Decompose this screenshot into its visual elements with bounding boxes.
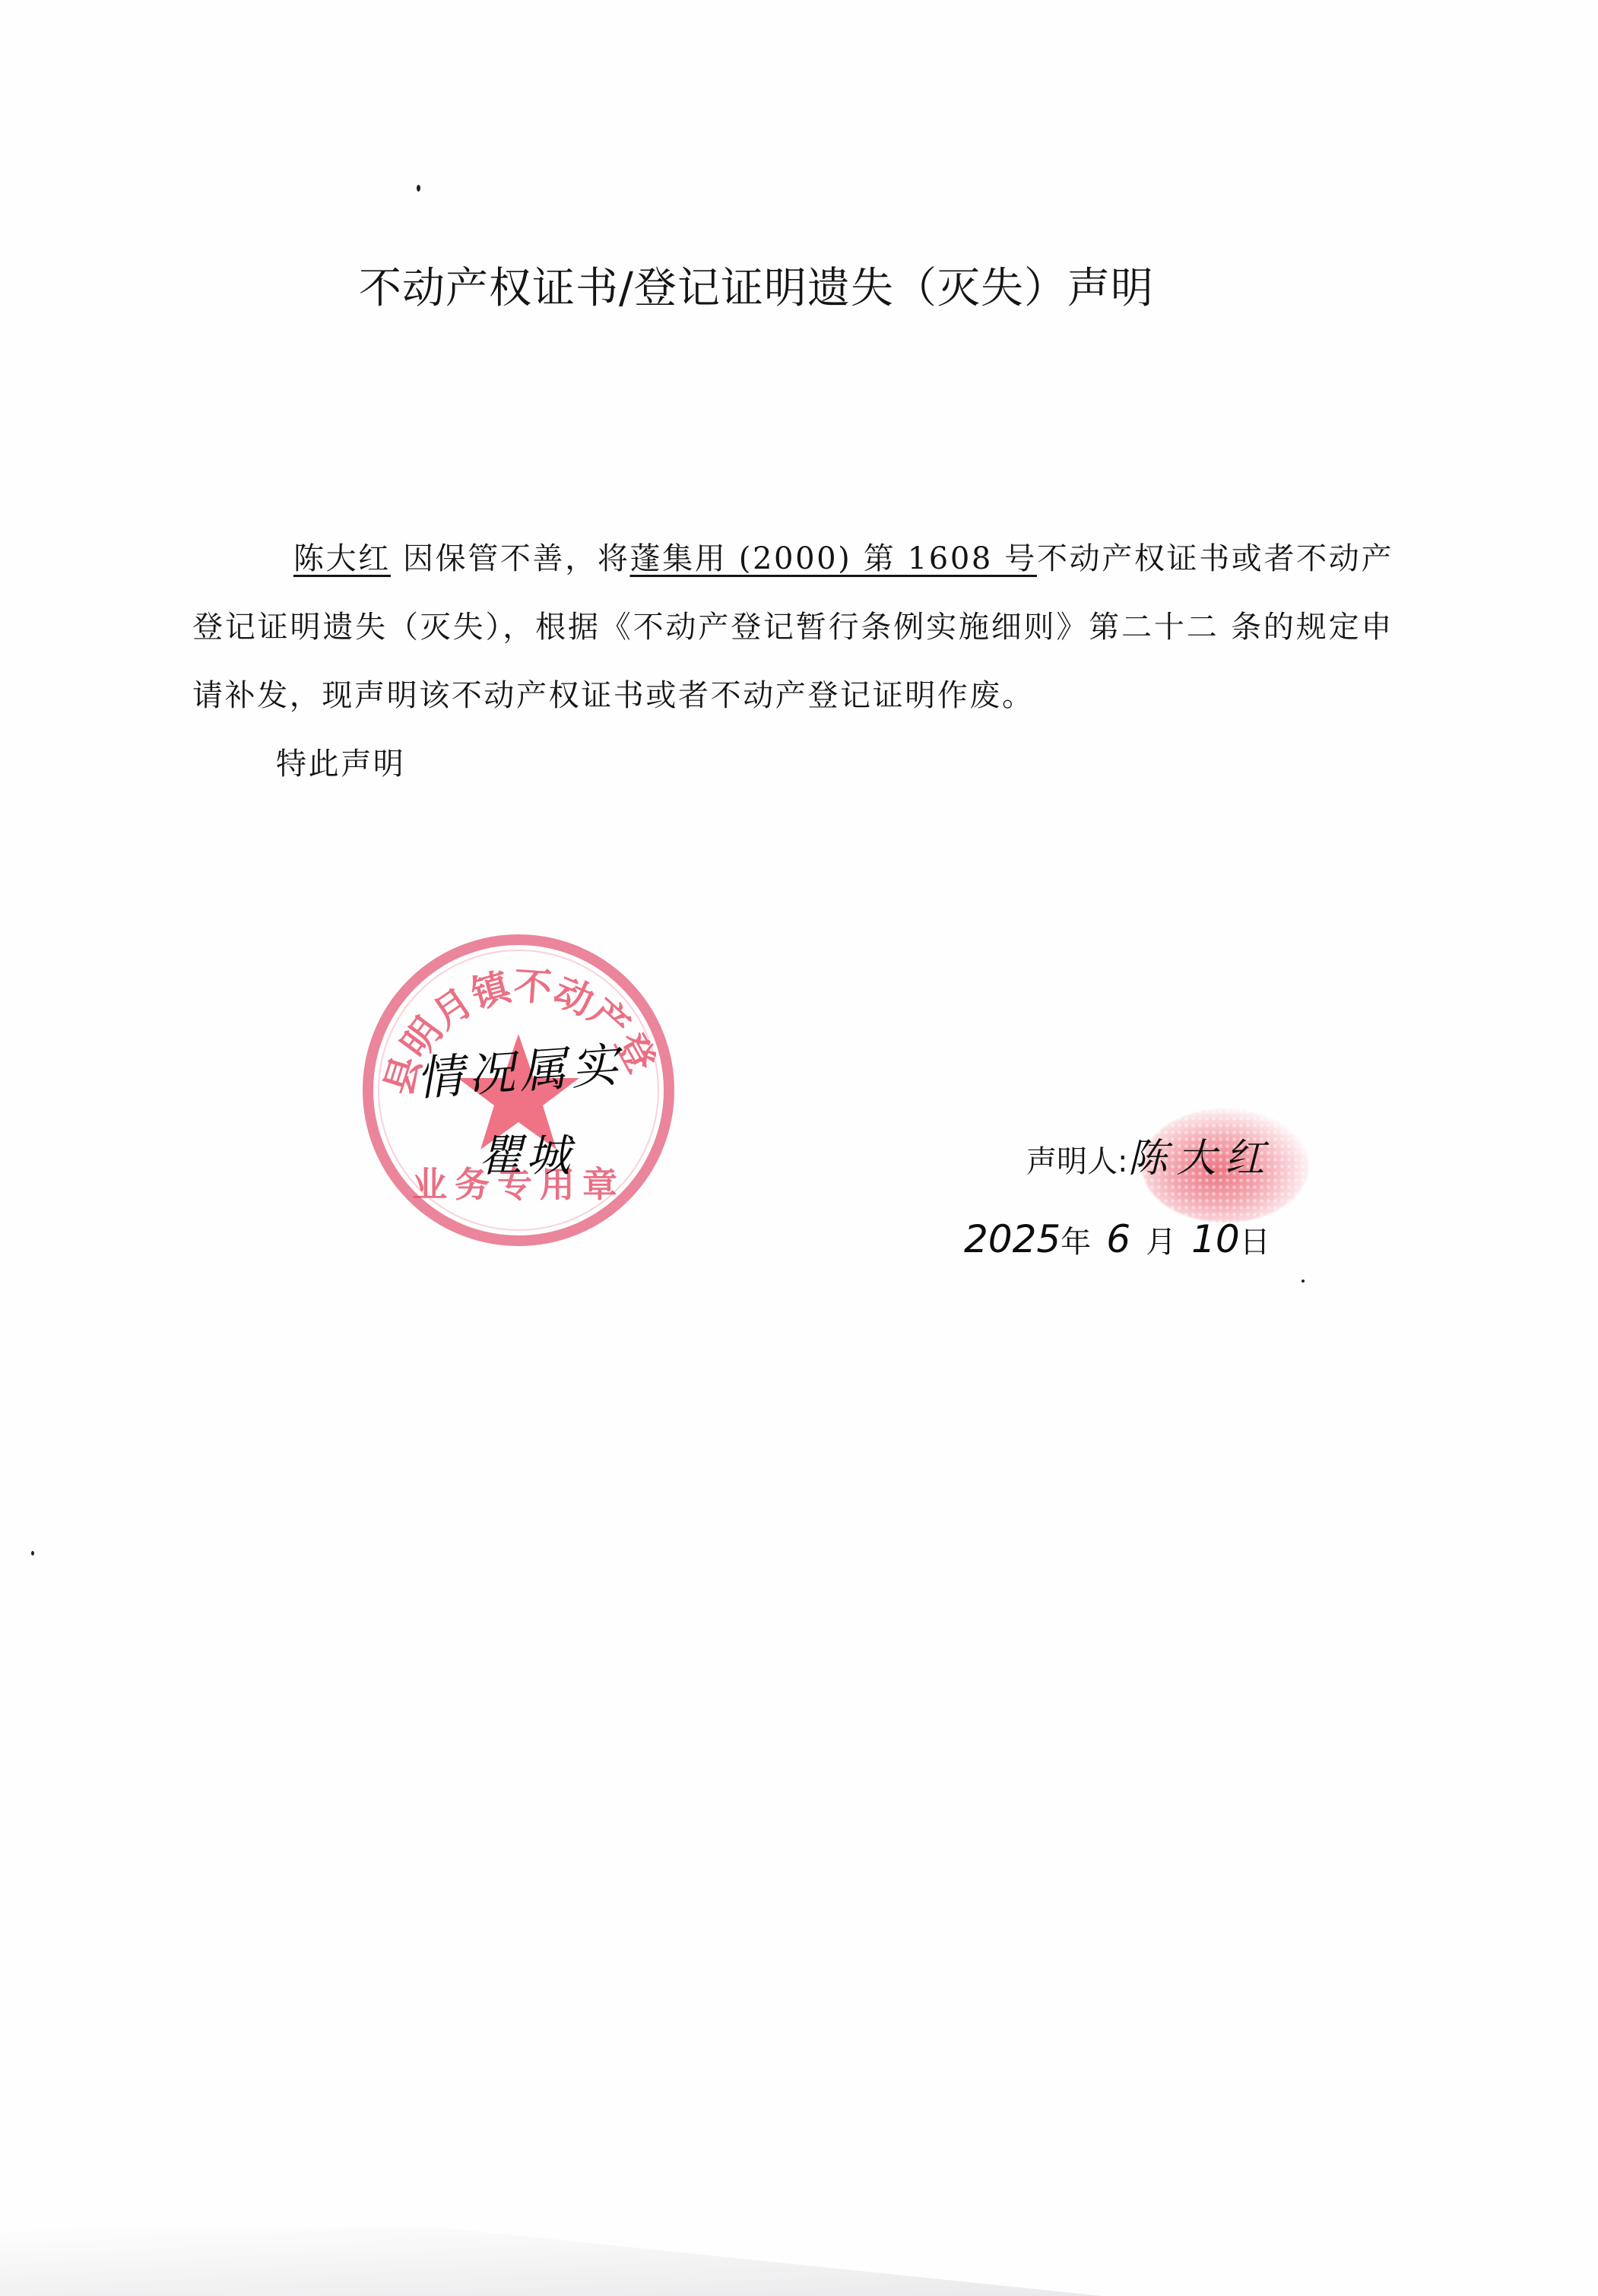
date-year: 2025 <box>964 1217 1061 1261</box>
declarant-label: 声明人: <box>1026 1144 1127 1179</box>
seal-handwritten-note: 情况属实 <box>414 1037 626 1107</box>
certificate-number: 蓬集用 (2000) 第 1608 号 <box>629 541 1036 576</box>
document-title: 不动产权证书/登记证明遗失（灭失）声明 <box>359 258 1256 319</box>
closing-statement: 特此声明 <box>192 730 1393 798</box>
scan-speck <box>1302 1280 1305 1283</box>
scan-speck <box>417 185 420 192</box>
official-seal: 县明月镇不动产登记 业务专用章 情况属实 瞿城 <box>357 929 680 1251</box>
scan-speck <box>31 1551 34 1556</box>
date-month-unit: 月 <box>1146 1225 1176 1260</box>
date-day-unit: 日 <box>1240 1225 1270 1260</box>
declaration-paragraph: 陈大红因保管不善，将蓬集用 (2000) 第 1608 号不动产权证书或者不动产… <box>192 525 1393 730</box>
declarant-handwritten-signature: 陈大红 <box>1127 1136 1273 1181</box>
paper-edge-shadow <box>0 2228 1102 2296</box>
declarant-signature-line: 声明人:陈大红 <box>1026 1134 1274 1186</box>
date-day: 10 <box>1191 1217 1240 1261</box>
declaration-date: 2025年6月10日 <box>964 1215 1270 1267</box>
seal-handwritten-signature: 瞿城 <box>479 1130 576 1181</box>
document-page: 不动产权证书/登记证明遗失（灭失）声明 陈大红因保管不善，将蓬集用 (2000)… <box>0 0 1598 2296</box>
text-after-name: 因保管不善，将 <box>403 541 630 576</box>
date-year-unit: 年 <box>1061 1225 1091 1260</box>
declaration-body: 陈大红因保管不善，将蓬集用 (2000) 第 1608 号不动产权证书或者不动产… <box>192 525 1393 798</box>
declarant-name: 陈大红 <box>293 541 391 576</box>
date-month: 6 <box>1106 1217 1130 1261</box>
